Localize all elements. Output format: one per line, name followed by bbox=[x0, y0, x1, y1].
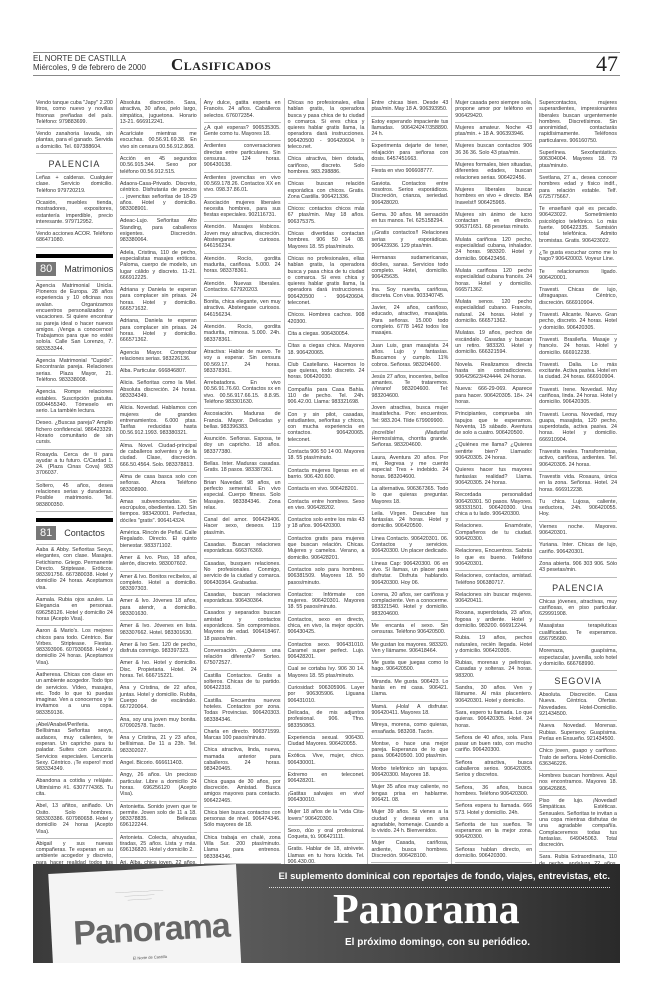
classified-ad: Mulatas. 19 años, pechos de escándalo. C… bbox=[455, 328, 532, 359]
classified-ad: Jesús 27 años, inocentes, bellos amantes… bbox=[371, 372, 448, 403]
classified-ad: Alma. Novel. Ciudad-principal de caballe… bbox=[120, 441, 197, 472]
classified-ad: ¿Te gusta escuchar como me lo hago? 9064… bbox=[539, 248, 617, 267]
classified-ad: Juan Luis, gran masajista 24 años. Lujo … bbox=[371, 341, 448, 372]
classified-ad: Arrebatadora. En vivo 00.56.91.76.60. Co… bbox=[204, 378, 281, 409]
classified-ad: Mujeres buscan contactos 906 36 36 36. S… bbox=[455, 141, 532, 160]
classified-ad: Morbo telefónico sin tapujos. 906420300.… bbox=[371, 764, 448, 783]
city-heading: PALENCIA bbox=[36, 154, 113, 173]
panorama-ad-banner[interactable]: —————————————————————————————————— Panor… bbox=[33, 864, 620, 963]
classified-ad: Compañía para Casa Bahía. 110 de pecho. … bbox=[288, 385, 365, 410]
column-7: Supercontactos, mujeres superardientes, … bbox=[536, 98, 620, 873]
classified-ad: Quieres hacer tus mayores fantasías real… bbox=[455, 465, 532, 490]
classified-ad: Chicas buscan relación esporádica con ch… bbox=[288, 179, 365, 204]
classified-ad: Amer & Ivo. Jóvenes 18 años, para atendr… bbox=[120, 596, 197, 621]
classified-ad: Recordada personalidad 906420301. 50 pas… bbox=[455, 490, 532, 521]
magazine-subtitle: El Norte de Castilla bbox=[133, 954, 167, 961]
column-2: Absoluta discreción. Sara, atractiva, 30… bbox=[117, 98, 201, 873]
classified-ad: ¿A qué esperas? 906535305. Gente como tu… bbox=[204, 123, 281, 142]
classified-ad: Asociación mujeres liberales necesita ho… bbox=[204, 198, 281, 223]
classified-ad: Chica bien busca contactos con personas … bbox=[204, 808, 281, 833]
classified-ad: Amer & Ivo. Bonitos recíbelos, al comple… bbox=[120, 572, 197, 597]
classified-ad: Laura, Aventura 20 años. Por mi, Regresa… bbox=[371, 453, 448, 484]
classified-ad: Rosayda. Cerca de ti para ayudar a tu fu… bbox=[36, 450, 113, 481]
classified-ad: Lorena, 20 años, ser cariñosa y complaci… bbox=[371, 590, 448, 621]
classified-ad: Novela. Realizamos directa hasta sin con… bbox=[455, 360, 532, 385]
masthead: EL NORTE DE CASTILLA Miércoles, 9 de feb… bbox=[33, 54, 146, 72]
classified-ad: Deseo. ¿Buscas pareja? Amplio fichero co… bbox=[36, 418, 113, 449]
classified-ad: Ana y Cristina, de 22 años, juntas. Hote… bbox=[120, 683, 197, 714]
classified-ad: Delicada, de mis adjuntos profesional. 9… bbox=[288, 708, 365, 733]
classified-ad: Asunción. Señoras. Esposa, te doy un cap… bbox=[204, 434, 281, 459]
classified-ad: Travesti. Irene. Novedad. Muy cariñosa, … bbox=[539, 385, 617, 410]
classified-ad: Joven atractiva, busca mujer insatisfech… bbox=[371, 403, 448, 428]
classified-ad: Casados y separados buscan amistad y con… bbox=[204, 608, 281, 645]
classified-ad: Miranda. Me gusta. 906423. Lo harás en m… bbox=[371, 677, 448, 702]
classified-ad: Chicas no profesionales, ellas hablan gr… bbox=[288, 98, 365, 154]
classified-ad: Estoy esperando impaciente tus llamadas.… bbox=[371, 117, 448, 142]
classified-ad: Alicia. Señoritas como la Miel. Absoluta… bbox=[120, 378, 197, 403]
classified-ad: Travesti. Alicante. Nuevo. Gran pecho, d… bbox=[539, 310, 617, 335]
classified-ad: América. Rincón de Peñal. Calle Regalado… bbox=[120, 528, 197, 553]
classified-ad: Travesti. Brasileña. Masaje y francés. 2… bbox=[539, 335, 617, 360]
classified-ad: Roxana, superdotada, 23 años, fogosa y a… bbox=[455, 608, 532, 633]
classified-ad: Contactos: Infórmate con mujeres. 906420… bbox=[288, 590, 365, 615]
classified-ad: Atención. Nuevas liberales. Contactos. 6… bbox=[204, 279, 281, 298]
classified-ad: Aamala. Rubia ojos azules. La Elegancia … bbox=[36, 595, 113, 626]
classified-ad: Angy, 26 años. Un precioso particular. L… bbox=[120, 770, 197, 801]
classified-ad: Chicas jóvenes, atractivas, muy cariñosa… bbox=[539, 597, 617, 622]
classified-ad: Contacta mujeres ligeras en el barrio. 9… bbox=[288, 466, 365, 485]
classified-ad: Vendo zanahoria lavada, sin plantas, par… bbox=[36, 129, 113, 154]
classified-ad: Mujer 35 años muy caliente, no tengas pr… bbox=[371, 782, 448, 807]
section-number: 81 bbox=[36, 526, 56, 540]
classified-ad: Amer & Ivo Sex. 120 de pecho, disfruta c… bbox=[120, 640, 197, 659]
classified-ad: Atención. Masajes lésbicos. Joven muy at… bbox=[204, 222, 281, 253]
classified-ad: Antonieta. Colecta, ahuyadas, tiradas, 2… bbox=[120, 833, 197, 858]
classified-ad: Agencia Matrimonial Unicla. Pioneros de … bbox=[36, 281, 113, 356]
magazine-cover-headlines: —————————————————————————————————— bbox=[79, 886, 199, 904]
classified-ad: Línea Contacto. 906420301. 06. Contactos… bbox=[371, 534, 448, 559]
classified-ad: Amas subvencionadas. Sin escrúpulos, obe… bbox=[120, 497, 197, 528]
classified-ad: Señora espera tu llamada. 666 573. Hotel… bbox=[455, 801, 532, 820]
classified-ad: Club Castellano. Hacemos lo que quieras,… bbox=[288, 360, 365, 385]
classified-ad: Me gustan los mayores. 983320. Ven y llá… bbox=[371, 640, 448, 659]
classified-ad: Mujer 18 años de la "vida Cita-lovers" 9… bbox=[288, 807, 365, 826]
classified-ad: Relaciones sin buscar mujeres. 906420411… bbox=[455, 590, 532, 609]
classified-ad: Any dulce, gatita experta en Francés. 24… bbox=[204, 98, 281, 123]
classified-ad: Svetlana, 27 a., desea conocer hombres e… bbox=[539, 173, 617, 204]
classified-ad: Fiesta en vivo 906608777. bbox=[371, 166, 448, 178]
classified-ad: Mujer Casada, cariñosa, ardiente, busca … bbox=[371, 838, 448, 863]
classified-ad: Curiosidad: 906305906. Layer por 9063059… bbox=[288, 683, 365, 708]
classified-ad: Charla en directo. 906371599. Marcas 100… bbox=[204, 727, 281, 746]
classified-ad: Acción en 45 segundos 00.56.915.344. Sex… bbox=[120, 154, 197, 179]
classified-ad: Agencia Matrimonial "Cupido". Encontrará… bbox=[36, 356, 113, 387]
classified-ad: Abandona a cotidia y relájate. Ultimísim… bbox=[36, 776, 113, 801]
classified-ad: Viernes noche. Mayores. 906420301. bbox=[539, 522, 617, 541]
classified-ad: Mulata cariñosa 120 pecho especialidad c… bbox=[455, 266, 532, 297]
newspaper-page: EL NORTE DE CASTILLA Miércoles, 9 de feb… bbox=[33, 52, 620, 76]
classified-ad: Relaciones, Encuentros. Sabrás lo que es… bbox=[455, 546, 532, 571]
classified-ad: Agencia. Rompe relaciones estables. Susc… bbox=[36, 387, 113, 418]
classified-ad: Atención. Rocío, gordita madurita, mimos… bbox=[204, 322, 281, 347]
classified-ad: Gema. 30 años. Mi sensación en tus manos… bbox=[371, 210, 448, 229]
classified-ad: Chico joven, guapo y cariñoso. Trato de … bbox=[539, 746, 617, 771]
section-label: Matrimonios bbox=[64, 264, 113, 274]
classified-ad: Masajistas terapéuticas cualificadas. Te… bbox=[539, 621, 617, 646]
classified-ad: Adaora-Casa-Privado. Discreto, céntrico.… bbox=[120, 179, 197, 216]
classified-ad: Alba. Particular. 666846807. bbox=[120, 366, 197, 378]
column-4: Chicas no profesionales, ellas hablan gr… bbox=[285, 98, 369, 873]
classified-ad: Atención. Rocío, gordita madurita, cariñ… bbox=[204, 254, 281, 279]
classified-ad: Exótica. Vive, mujer, chico. 906430001. bbox=[288, 751, 365, 770]
classified-ad: Adriana y Daniela te esperan para compla… bbox=[120, 285, 197, 316]
classified-ad: Ana, soy una joven muy bonita. 670902578… bbox=[120, 715, 197, 734]
classified-ad: Javier, 24 años, cariñoso, educado, atra… bbox=[371, 303, 448, 340]
classified-ad: Extremo en teleconet. 906428201. bbox=[288, 770, 365, 789]
classified-ad: Hermanas sudamericanas, dóciles, sanas. … bbox=[371, 253, 448, 284]
classified-ad: Vendo acciones ACOR. Teléfono 686471080. bbox=[36, 229, 113, 248]
classified-ad: Absoluta discreción. Sara, atractiva, 30… bbox=[120, 98, 197, 129]
classified-ad: Castilla. Encuentra nuevos hoteles. Cont… bbox=[204, 696, 281, 727]
classified-ad: Vendo tanque cuba "Japy" 2.200 litros, c… bbox=[36, 98, 113, 129]
classified-ad: Chicos: contactos chicos más 67 ptas/min… bbox=[288, 204, 365, 229]
classified-ad: Ardientes jovencitas en vivo 00.569.178.… bbox=[204, 173, 281, 198]
classified-ad: Mujeres sin ánimo de lucro contactan en … bbox=[455, 210, 532, 235]
city-heading: SEGOVIA bbox=[539, 671, 617, 690]
banner-title: Panorama bbox=[333, 886, 520, 934]
classified-ad: Contactos gratis para mujeres que buscan… bbox=[288, 534, 365, 565]
classified-ad: Sexo, dúo y oral profesional. Coqueta, t… bbox=[288, 826, 365, 845]
classified-ad: Mulata cariñosa 120 pecho, especialidad … bbox=[455, 235, 532, 266]
classified-ad: Rubias, morenas y pelirrojas. Casadas y … bbox=[455, 658, 532, 683]
classified-ad: Aatheresa. Chicas con clase en un ambien… bbox=[36, 670, 113, 720]
classified-ad: Gaviota. Contactos entre nosotros. Serio… bbox=[371, 179, 448, 210]
banner-tagline: El suplemento dominical con reportajes d… bbox=[278, 871, 610, 882]
section-label: Contactos bbox=[64, 528, 105, 538]
classified-ad: Montse, o hace una mejor pareja. Esperan… bbox=[371, 739, 448, 764]
classified-ad: Travestis reales. Transformistas, activo… bbox=[539, 447, 617, 472]
classified-ad: Travesti. Leona. Novedad, muy guapa, mas… bbox=[539, 410, 617, 447]
classified-ad: Ardientes conversaciones directas entre … bbox=[204, 141, 281, 172]
classified-ad: Conversación. ¿Quieres una relación dife… bbox=[204, 646, 281, 671]
classified-ad: Chica atractiva, bien dotada, cariñoso, … bbox=[288, 154, 365, 179]
classified-ad: ¿Quiénes me llama? ¿Quieres sentirte bie… bbox=[455, 440, 532, 465]
classified-ad: Zona abierta. 906 303 906. Sólo 43 peset… bbox=[539, 559, 617, 578]
classified-ad: Chicas no profesionales, ellas hablan gr… bbox=[288, 254, 365, 310]
classified-ad: Adeac-Lujo. Señoritas Alto Standing, par… bbox=[120, 216, 197, 247]
section-number: 80 bbox=[36, 262, 56, 276]
classified-ad: Angel. Bicorio. 666611403. bbox=[120, 758, 197, 770]
classified-ad: Relaciones, contactos, amistad. Teléfono… bbox=[455, 571, 532, 590]
classified-ad: Supercontactos, mujeres superardientes, … bbox=[539, 98, 617, 148]
classified-ad: Sandra, 30 años. Ven y llámame. Al más p… bbox=[455, 683, 532, 708]
classified-ad: ¡Increíble! ¡Madurita! Hermosísima, chor… bbox=[371, 428, 448, 453]
classified-ad: Casadas, busquen relaciones. No profesio… bbox=[204, 559, 281, 590]
column-6: Mujer casada pero siempre sola, propone … bbox=[452, 98, 536, 873]
classified-ad: Señoras hablan directo, en domicilio. 90… bbox=[455, 845, 532, 864]
classified-ad: Mujeres formales, bien situadas, diferen… bbox=[455, 160, 532, 185]
classified-ad: Me gusta que juegas como lo hago. 906420… bbox=[371, 658, 448, 677]
classified-ad: Aaba & Abby. Señoritas Sexys, elegantes,… bbox=[36, 545, 113, 595]
classified-ad: Alma de casa basca solo con señoras. Aho… bbox=[120, 472, 197, 497]
classified-ad: Chica guapa de 30 años, por discreción. … bbox=[204, 777, 281, 808]
classified-ad: Nueva Novedad. Morenas. Rubias. Supersex… bbox=[539, 721, 617, 746]
classified-ad: Casadas. Buscan relaciones esporádicas. … bbox=[204, 540, 281, 559]
classified-ad: Contactos solo entre los más 43 y 18 año… bbox=[288, 515, 365, 534]
classified-ad: Amer & Ivo. Jóvenes en lista. 983307662.… bbox=[120, 621, 197, 640]
banner-subtitle: El próximo domingo, con su periódico. bbox=[345, 937, 530, 948]
classified-ad: Chica trabaja en chalé, zona Villa Sur. … bbox=[204, 833, 281, 864]
classified-ad: Morenaza, guapísima, espectacular, juven… bbox=[539, 646, 617, 671]
column-5: Entre chicas bien. Desde 43 ptas/min. Ma… bbox=[368, 98, 452, 873]
classified-ad: Acaríciate mientras me escuchas. 00.56.9… bbox=[120, 129, 197, 154]
classified-ad: Señora, 36 años, busca hombres. Teléfono… bbox=[455, 783, 532, 802]
section-heading: 81Contactos bbox=[36, 518, 113, 545]
classified-ad: Adriana, Daniela te esperan para complac… bbox=[120, 316, 197, 347]
classified-ad: Soltero, 45 años, desea relaciones seria… bbox=[36, 481, 113, 512]
classified-ad: Señora atractiva, busca caballeros serio… bbox=[455, 758, 532, 783]
classified-ad: Rubia. 19 años, pechos naturales, recién… bbox=[455, 633, 532, 658]
classified-ad: La alternativa. 906367365. Todo lo que q… bbox=[371, 484, 448, 509]
magazine-logo: Panorama bbox=[72, 907, 230, 954]
classified-ad: Principiantes, comprueba sin tapujos que… bbox=[455, 409, 532, 440]
classified-ad: Chicos. Hombres cachos. 908 420300. bbox=[288, 310, 365, 329]
classified-ad: Mujer 39 años. Si vienes a la ciudad y d… bbox=[371, 807, 448, 838]
classified-ad: Chica atractiva, linda, nueva, mamada an… bbox=[204, 745, 281, 776]
classified-ad: Ocasión, muebles tienda, mostradores, ex… bbox=[36, 198, 113, 229]
classified-ad: Te relacionamos ligado. 906420001. bbox=[539, 267, 617, 286]
classified-ad: Piso de lujo. ¡Novedad! Simpáticas. Esté… bbox=[539, 796, 617, 852]
classified-ad: Mujeres liberales buscar hombres en vivo… bbox=[455, 185, 532, 210]
paper-name: EL NORTE DE CASTILLA bbox=[33, 54, 146, 63]
classified-ad: Amer & Ivo. Piso, 18 años, alerón, discr… bbox=[120, 553, 197, 572]
issue-date: Miércoles, 9 de febrero de 2000 bbox=[33, 63, 146, 72]
classified-ad: Bonita, chica elegante, ven muy atractiv… bbox=[204, 297, 281, 322]
classified-ad: Casadas, buscan relaciones esporádicas. … bbox=[204, 590, 281, 609]
classified-ad: Con y sin pilot, casadas, estudiantes, s… bbox=[288, 410, 365, 447]
classified-ad: Adela, Cristina, 110 de pecho, especiali… bbox=[120, 248, 197, 285]
classified-ad: Abel, 13 añitos, aniñado. Un Osito. Solo… bbox=[36, 801, 113, 838]
classified-ad: Mujer casada pero siempre sola, propone … bbox=[455, 98, 532, 123]
classified-ad: Tu chica. Lujosa, caliente, seductora, 2… bbox=[539, 497, 617, 522]
classified-ad: Contactos solo para hombres. 906381509. … bbox=[288, 565, 365, 590]
classified-ad: Contactos, sexo en directo, chica, en vi… bbox=[288, 615, 365, 640]
classified-ad: Contacta en vivo. 906428201. bbox=[288, 484, 365, 496]
column-1: Vendo tanque cuba "Japy" 2.200 litros, c… bbox=[33, 98, 117, 873]
classified-ad: Sara, espero tu llamada. Lo que quieras.… bbox=[455, 708, 532, 733]
magazine-cover-image: —————————————————————————————————— Panor… bbox=[48, 864, 241, 963]
classified-ad: Te enseñaré qué es pecado. 906423022. So… bbox=[539, 204, 617, 248]
classified-ad: Atractiva: Hablar de nuevo. Te voy a esp… bbox=[204, 347, 281, 378]
classified-ad: Travestis vida. Rosaura, única en la zon… bbox=[539, 472, 617, 497]
classified-ad: Travesti. Dalia. Lo más excitante. Activ… bbox=[539, 360, 617, 385]
classified-ad: Antonietta. Sonido joven que te permite.… bbox=[120, 802, 197, 833]
classified-ad: Mujeres amateur. Noche 43 ptas/min. + 18… bbox=[455, 123, 532, 142]
section-title: Clasificados bbox=[171, 55, 271, 75]
classified-ad: Cual se cortaba Ivy. 906 30 14. Mayores … bbox=[288, 664, 365, 683]
classified-ad: Contactos sexo. 906431010. Caramel super… bbox=[288, 640, 365, 665]
classified-ad: Hombres buscan hombres. Aquí nos encontr… bbox=[539, 771, 617, 796]
classified-ad: Ina. Soy nuevita, cariñosa, discreta. Co… bbox=[371, 285, 448, 304]
classified-ad: Líneas Cap: 906420300. 06 en vivo. Si ll… bbox=[371, 559, 448, 590]
classified-ad: Entre chicas bien. Desde 43 ptas/min. Ma… bbox=[371, 98, 448, 117]
classified-ad: Superlínea. Sexofantástico. 906304004. M… bbox=[539, 148, 617, 173]
classified-ad: Alicia. Novedad. Hablamos con mujeres de… bbox=[120, 403, 197, 440]
classified-ad: Mulata senos. 120 pecho especialidad cub… bbox=[455, 297, 532, 328]
page-header: EL NORTE DE CASTILLA Miércoles, 9 de feb… bbox=[33, 52, 620, 76]
classified-ad: Travesti. Chicas de lujo, ultraguapas. C… bbox=[539, 285, 617, 310]
column-3: Any dulce, gatita experta en Francés. 24… bbox=[201, 98, 285, 873]
classified-ad: Señorita de tus sueños. Te esperamos en … bbox=[455, 820, 532, 845]
classified-ad: Citas a ciegas chica. Mayores 18. 906420… bbox=[288, 341, 365, 360]
classifieds-columns: Vendo tanque cuba "Japy" 2.200 litros, c… bbox=[33, 98, 620, 873]
classified-ad: Mireya, morena, como quieras, ensañada. … bbox=[371, 720, 448, 739]
classified-ad: ¡¡Gratis contactos!! Relaciones serias y… bbox=[371, 228, 448, 253]
classified-ad: Leila. Vírgen. Descubre tus fantasías. 2… bbox=[371, 509, 448, 534]
classified-ad: Contacta 906 50 14 00. Mayores 18. 55 pt… bbox=[288, 447, 365, 466]
classified-ad: Relaciones. Enamórate, Compañeros de tu … bbox=[455, 521, 532, 546]
classified-ad: Agencia Mayor. Comprobar relaciones seri… bbox=[120, 348, 197, 367]
classified-ad: Mamá. ¡Hola! A disfrutar. 906420411. May… bbox=[371, 702, 448, 721]
section-heading: 80Matrimonios bbox=[36, 254, 113, 281]
classified-ad: Contacta entre hombres. Sexo en vivo. 90… bbox=[288, 497, 365, 516]
classified-ad: Nueva: 666-29-069. Aparece para hacer. 9… bbox=[455, 384, 532, 409]
classified-ad: ¡Gatitas salvajes en vivo! 906430010. bbox=[288, 789, 365, 808]
classified-ad: Absoluta. Discreción. Casa Nueva. Céntri… bbox=[539, 690, 617, 721]
classified-ad: Me encanta el sexo. Sin censuras. Teléfo… bbox=[371, 621, 448, 640]
city-heading: PALENCIA bbox=[539, 578, 617, 597]
classified-ad: Brian Navedad. 98 años, un perfecto seme… bbox=[204, 478, 281, 515]
classified-ad: Señora de 40 años, sola. Para pasar un b… bbox=[455, 733, 532, 758]
classified-ad: Experiencia sexual. 906430. Ciudad Mayor… bbox=[288, 733, 365, 752]
classified-ad: Amer & Ivo. Hotel y domicilio. Disc. Pro… bbox=[120, 658, 197, 683]
classified-ad: Aaron & Mario's. Los mejores chicos para… bbox=[36, 626, 113, 670]
classified-ad: Castilla Contactos. Gratis a solteros. C… bbox=[204, 671, 281, 696]
classified-ad: Yuriana. Inter. Chicas de lujo, cariño. … bbox=[539, 540, 617, 559]
classified-ad: Experimenta dejarte de tener, relajación… bbox=[371, 141, 448, 166]
classified-ad: Cita a ciegas. 906430054. bbox=[288, 329, 365, 341]
classified-ad: Chicas divertidas contactan hombres. 906… bbox=[288, 229, 365, 254]
classified-ad: Ascosiación. Maduras de Francia. Mayor. … bbox=[204, 409, 281, 434]
classified-ad: Leñas + calderas. Cualquier clase. Servi… bbox=[36, 173, 113, 198]
classified-ad: ¡Abel/Anabel/Periferia. Bellísimas Señor… bbox=[36, 720, 113, 776]
page-number: 47 bbox=[596, 51, 618, 77]
classified-ad: Ana y Cristina, 21 y 23 años, bellísimas… bbox=[120, 733, 197, 758]
classified-ad: Bellas. Inter. Maduras casadas. Gratis. … bbox=[204, 459, 281, 478]
classified-ad: Canal del amor. 906429406. Hacer sexo, d… bbox=[204, 515, 281, 540]
